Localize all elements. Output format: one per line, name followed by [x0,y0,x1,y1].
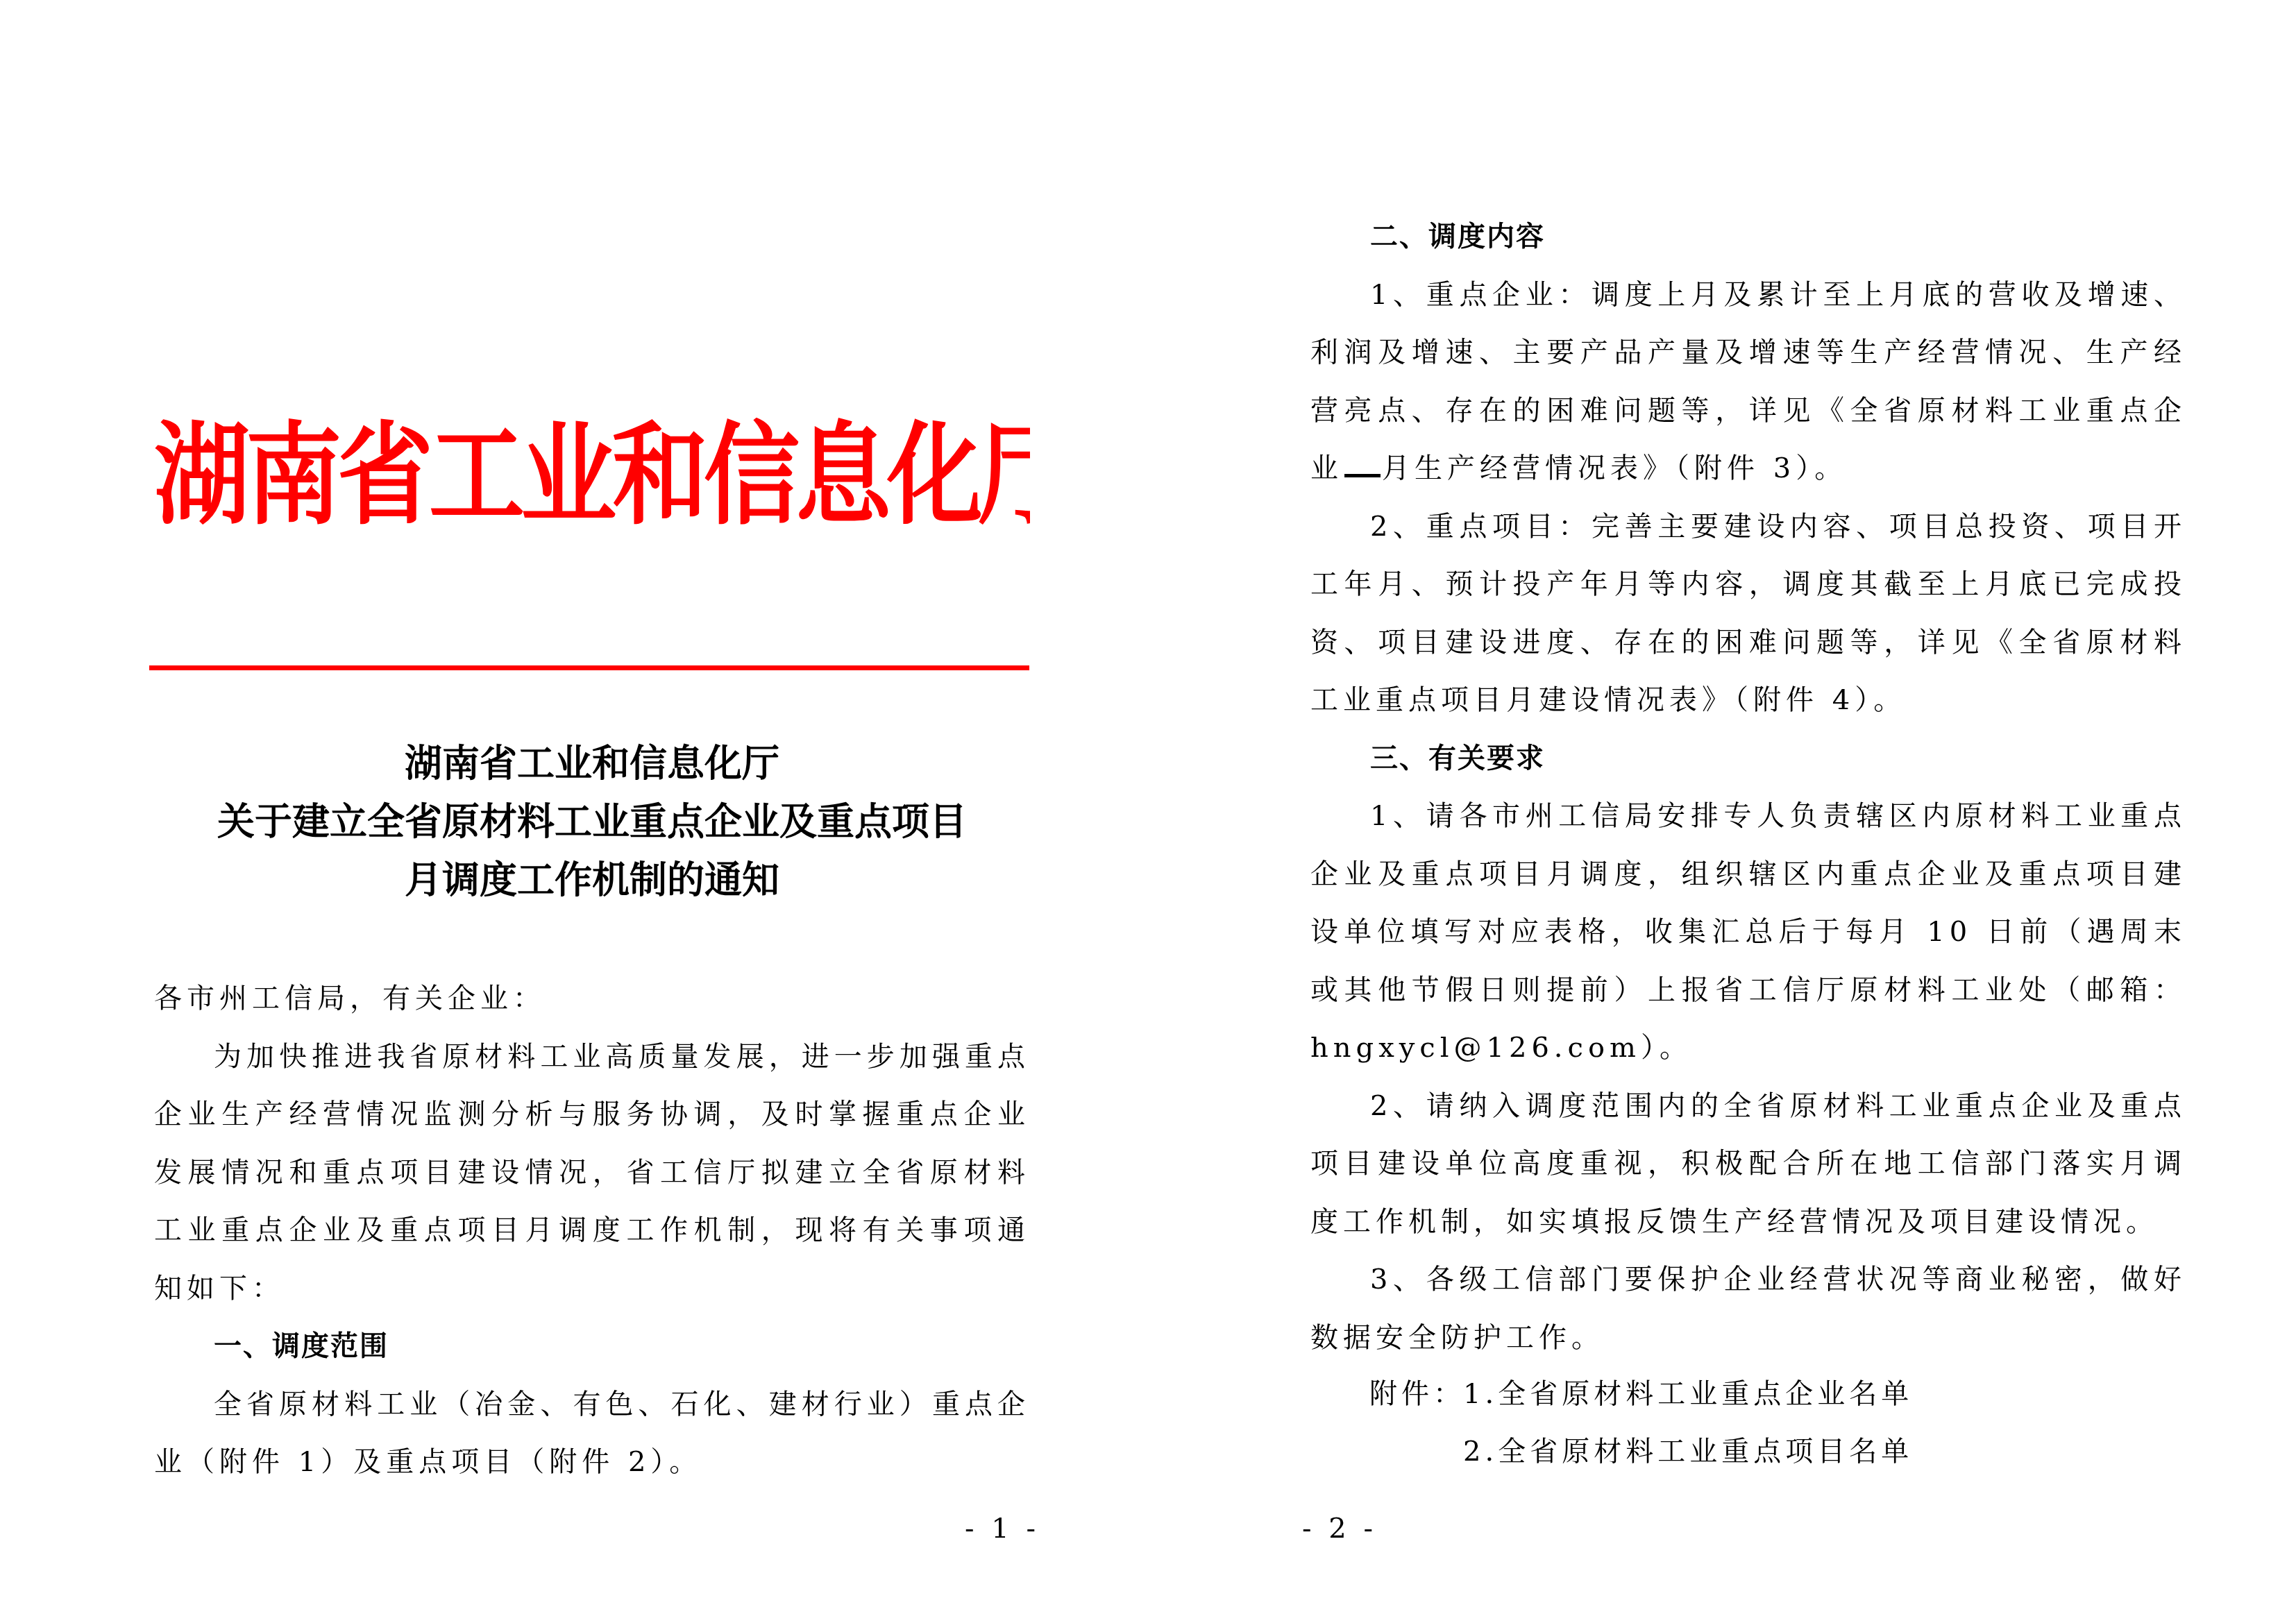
attachment-2: 2.全省原材料工业重点项目名单 [1463,1436,1913,1468]
letterhead-title: 湖南省工业和信息化厅文件 [154,400,1030,552]
section-1-heading: 一、调度范围 [154,1318,1030,1376]
section-3-item-3: 3、各级工信部门要保护企业经营状况等商业秘密，做好数据安全防护工作。 [1310,1251,2186,1367]
title-line-3: 月调度工作机制的通知 [154,851,1030,909]
attachment-item: 附件：1.全省原材料工业重点企业名单 [1369,1366,1913,1423]
title-line-1: 湖南省工业和信息化厅 [154,734,1030,792]
section-3-item-1: 1、请各市州工信局安排专人负责辖区内原材料工业重点企业及重点项目月调度，组织辖区… [1310,788,2186,1078]
salutation: 各市州工信局，有关企业： [154,970,1030,1028]
title-line-2: 关于建立全省原材料工业重点企业及重点项目 [154,792,1030,851]
attachments-label: 附件： [1369,1366,1463,1423]
intro-paragraph: 为加快推进我省原材料工业高质量发展，进一步加强重点企业生产经营情况监测分析与服务… [154,1028,1030,1318]
page-number-2: - 2 - [1302,1513,1377,1545]
red-separator-rule [149,665,1029,670]
attachments-list: 附件：1.全省原材料工业重点企业名单 2.全省原材料工业重点项目名单 [1369,1366,1913,1481]
section-2-item-1-part-b: 月生产经营情况表》（附件 3）。 [1382,452,1847,484]
section-2-item-1: 1、重点企业：调度上月及累计至上月底的营收及增速、利润及增速、主要产品产量及增速… [1310,266,2186,498]
page-2-body: 二、调度内容 1、重点企业：调度上月及累计至上月底的营收及增速、利润及增速、主要… [1310,208,2186,1367]
page-1: 湖南省工业和信息化厅文件 湖南省工业和信息化厅 关于建立全省原材料工业重点企业及… [0,0,1148,1623]
page-2: 二、调度内容 1、重点企业：调度上月及累计至上月底的营收及增速、利润及增速、主要… [1148,0,2296,1623]
section-3-heading: 三、有关要求 [1310,730,2186,788]
section-2-item-2: 2、重点项目：完善主要建设内容、项目总投资、项目开工年月、预计投产年月等内容，调… [1310,498,2186,730]
page-1-body: 各市州工信局，有关企业： 为加快推进我省原材料工业高质量发展，进一步加强重点企业… [154,970,1030,1492]
page-number-1: - 1 - [965,1513,1040,1545]
document-title: 湖南省工业和信息化厅 关于建立全省原材料工业重点企业及重点项目 月调度工作机制的… [154,734,1030,909]
section-1-text: 全省原材料工业（冶金、有色、石化、建材行业）重点企业（附件 1）及重点项目（附件… [154,1376,1030,1492]
section-2-heading: 二、调度内容 [1310,208,2186,266]
section-3-item-2: 2、请纳入调度范围内的全省原材料工业重点企业及重点项目建设单位高度重视，积极配合… [1310,1078,2186,1252]
attachment-1: 1.全省原材料工业重点企业名单 [1463,1378,1913,1410]
attachment-item: 2.全省原材料工业重点项目名单 [1369,1423,1913,1481]
month-blank-underline [1344,454,1381,477]
